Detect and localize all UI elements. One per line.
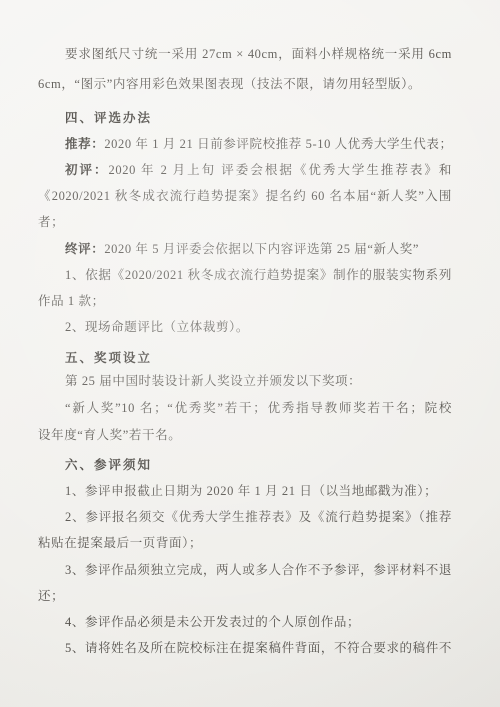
line-text: 要求图纸尺寸统一采用 27cm × 40cm，面料小样规格统一采用 6cm ×	[65, 47, 452, 67]
line-text: 4、参评作品必须是未公开发表过的个人原创作品；	[65, 615, 360, 629]
scanned-document-page: 要求图纸尺寸统一采用 27cm × 40cm，面料小样规格统一采用 6cm × …	[0, 0, 500, 707]
doc-line: 4、参评作品必须是未公开发表过的个人原创作品；	[38, 609, 452, 635]
doc-line: 2、现场命题评比（立体裁剪）。	[38, 314, 452, 340]
line-text: 5、请将姓名及所在院校标注在提案稿件背面，不符合要求的稿件不	[65, 641, 452, 655]
line-text: 2、参评报名须交《优秀大学生推荐表》及《流行趋势提案》（推荐表	[65, 510, 452, 530]
doc-line: 1、依据《2020/2021 秋冬成衣流行趋势提案》制作的服装实物系列	[38, 262, 452, 288]
line-text: 2020 年 2 月上旬 评委会根据《优秀大学生推荐表》和	[109, 163, 452, 177]
heading-text: 六、参评须知	[65, 458, 152, 472]
doc-line: 作品 1 款；	[38, 288, 452, 314]
line-text: 2、现场命题评比（立体裁剪）。	[65, 320, 249, 334]
line-text: 6cm，“图示”内容用彩色效果图表现（技法不限，请勿用轻型版）。	[38, 77, 421, 91]
run-in-label: 初评：	[65, 163, 109, 177]
line-text: 《2020/2021 秋冬成衣流行趋势提案》提名约 60 名本届“新人奖”入围	[38, 189, 452, 203]
heading-text: 五、奖项设立	[65, 351, 152, 365]
doc-line: 推荐：2020 年 1 月 21 日前参评院校推荐 5-10 人优秀大学生代表；	[38, 131, 452, 157]
doc-line: 3、参评作品须独立完成，两人或多人合作不予参评，参评材料不退	[38, 557, 452, 583]
line-text: 还；	[38, 589, 64, 603]
doc-line: 《2020/2021 秋冬成衣流行趋势提案》提名约 60 名本届“新人奖”入围	[38, 183, 452, 209]
doc-line: 初评：2020 年 2 月上旬 评委会根据《优秀大学生推荐表》和	[38, 157, 452, 183]
doc-line: 5、请将姓名及所在院校标注在提案稿件背面，不符合要求的稿件不	[38, 635, 452, 661]
doc-line: 6cm，“图示”内容用彩色效果图表现（技法不限，请勿用轻型版）。	[38, 71, 452, 97]
line-text: 粘贴在提案最后一页背面）；	[38, 536, 202, 550]
doc-line: 设年度“育人奖”若干名。	[38, 422, 452, 448]
line-text: 第 25 届中国时装设计新人奖设立并颁发以下奖项：	[65, 374, 361, 388]
line-text: “新人奖”10 名；“优秀奖”若干；优秀指导教师奖若干名；院校	[65, 401, 452, 415]
line-text: 设年度“育人奖”若干名。	[38, 428, 181, 442]
doc-line: 1、参评申报截止日期为 2020 年 1 月 21 日（以当地邮戳为准）；	[38, 478, 452, 504]
doc-line: 者；	[38, 209, 452, 235]
doc-line: 终评：2020 年 5 月评委会依据以下内容评选第 25 届“新人奖”	[38, 236, 452, 262]
doc-line: 要求图纸尺寸统一采用 27cm × 40cm，面料小样规格统一采用 6cm ×	[38, 41, 452, 67]
line-text: 2020 年 1 月 21 日前参评院校推荐 5-10 人优秀大学生代表；	[104, 137, 452, 151]
doc-line: 粘贴在提案最后一页背面）；	[38, 530, 452, 556]
section-heading-4: 四、评选办法	[38, 105, 452, 131]
doc-line: 还；	[38, 583, 452, 609]
doc-line: 2、参评报名须交《优秀大学生推荐表》及《流行趋势提案》（推荐表	[38, 504, 452, 530]
line-text: 1、依据《2020/2021 秋冬成衣流行趋势提案》制作的服装实物系列	[65, 268, 452, 282]
heading-text: 四、评选办法	[65, 111, 152, 125]
run-in-label: 终评：	[65, 242, 104, 256]
line-text: 2020 年 5 月评委会依据以下内容评选第 25 届“新人奖”	[104, 242, 419, 256]
run-in-label: 推荐：	[65, 137, 104, 151]
line-text: 1、参评申报截止日期为 2020 年 1 月 21 日（以当地邮戳为准）；	[65, 484, 437, 498]
line-text: 者；	[38, 215, 64, 229]
line-text: 作品 1 款；	[38, 294, 105, 308]
doc-line: 第 25 届中国时装设计新人奖设立并颁发以下奖项：	[38, 368, 452, 394]
document-body: 要求图纸尺寸统一采用 27cm × 40cm，面料小样规格统一采用 6cm × …	[38, 41, 452, 661]
line-text: 3、参评作品须独立完成，两人或多人合作不予参评，参评材料不退	[65, 563, 452, 577]
section-heading-6: 六、参评须知	[38, 452, 452, 478]
doc-line: “新人奖”10 名；“优秀奖”若干；优秀指导教师奖若干名；院校	[38, 395, 452, 421]
